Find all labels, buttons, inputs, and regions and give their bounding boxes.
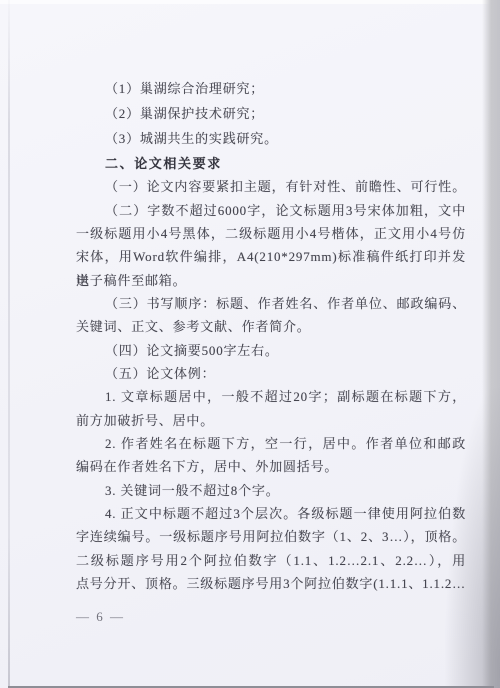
scanned-document-page: （1）巢湖综合治理研究； （2）巢湖保护技术研究； （3）城湖共生的实践研究。 … (0, 0, 500, 688)
doc-line: 一级标题用小4号黑体，二级标题用小4号楷体，正文用小4号仿 (76, 222, 466, 245)
doc-line: （五）论文体例： (76, 362, 466, 385)
doc-line: 宋体，用Word软件编排，A4(210*297mm)标准稿件纸打印并发送 (76, 245, 466, 268)
doc-line: 编码在作者姓名下方，居中、外加圆括号。 (76, 455, 466, 478)
page-number: — 6 — (76, 608, 125, 626)
doc-line: 字连续编号。一级标题序号用阿拉伯数字（1、2、3…），顶格。 (76, 525, 466, 548)
doc-line: （1）巢湖综合治理研究； (76, 77, 466, 100)
doc-line: 前方加破折号、居中。 (76, 409, 466, 432)
doc-line: （2）巢湖保护技术研究； (76, 102, 466, 125)
doc-line: 3. 关键词一般不超过8个字。 (76, 479, 466, 502)
scan-left-crease (8, 0, 10, 686)
doc-line: 关键词、正文、参考文献、作者简介。 (76, 315, 466, 338)
doc-line: 电子稿件至邮箱。 (76, 269, 466, 292)
doc-line: （三）书写顺序：标题、作者姓名、作者单位、邮政编码、 (76, 292, 466, 315)
doc-line: 点号分开、顶格。三级标题序号用3个阿拉伯数字(1.1.1、1.1.2… (76, 572, 466, 595)
scan-top-edge (0, 0, 500, 4)
section-heading: 二、论文相关要求 (76, 152, 466, 175)
doc-line: （四）论文摘要500字左右。 (76, 339, 466, 362)
doc-line: （二）字数不超过6000字，论文标题用3号宋体加粗，文中 (76, 199, 466, 222)
doc-line: （一）论文内容要紧扣主题，有针对性、前瞻性、可行性。 (76, 175, 466, 198)
document-body: （1）巢湖综合治理研究； （2）巢湖保护技术研究； （3）城湖共生的实践研究。 … (76, 77, 466, 595)
doc-line: 二级标题序号用2个阿拉伯数字（1.1、1.2…2.1、2.2…），用 (76, 549, 466, 572)
doc-line: （3）城湖共生的实践研究。 (76, 127, 466, 150)
doc-line: 1. 文章标题居中，一般不超过20字；副标题在标题下方， (76, 385, 466, 408)
doc-line: 2. 作者姓名在标题下方，空一行，居中。作者单位和邮政 (76, 432, 466, 455)
doc-line: 4. 正文中标题不超过3个层次。各级标题一律使用阿拉伯数 (76, 502, 466, 525)
